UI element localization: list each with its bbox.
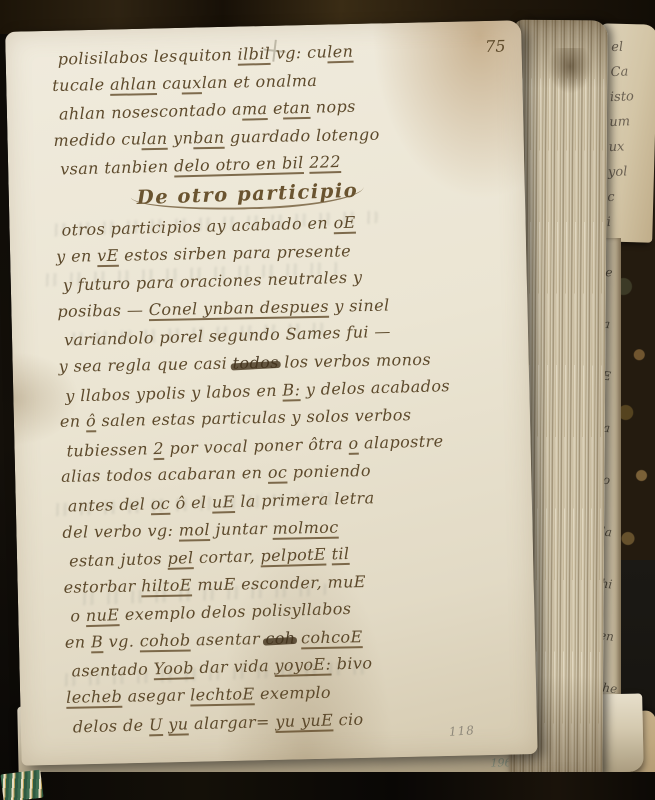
underlined-word: ahlan — [110, 74, 157, 94]
underlined-word: lan — [141, 129, 168, 148]
line-text: nops — [310, 97, 356, 117]
fragment-text: c — [607, 183, 654, 210]
line-text: exemplo — [254, 683, 331, 703]
line-text: polisilabos lesquiton — [57, 45, 237, 69]
line-text: ahlan nosescontado a — [59, 100, 243, 124]
line-text: antes del — [68, 494, 151, 515]
line-text: y llabos ypolis y labos en — [65, 380, 283, 405]
underlined-word: B — [91, 632, 104, 651]
folio-number-pencil: 118 — [449, 723, 476, 739]
underlined-word: Yoob — [153, 659, 194, 679]
line-text: e — [267, 99, 283, 118]
woven-ribbon-bookmark — [0, 770, 43, 800]
underlined-word: pel — [167, 548, 194, 568]
underlined-word: ô — [86, 411, 96, 430]
line-text: cio — [333, 709, 364, 729]
line-text: ô el — [170, 493, 212, 513]
underlined-word: vE — [97, 245, 119, 264]
line-text: vg. — [103, 631, 140, 651]
line-text: tubiessen — [66, 439, 153, 460]
line-text: y sea regla que casi — [59, 354, 233, 376]
line-text: y delos acabados — [300, 376, 450, 399]
underlined-word: len — [327, 42, 354, 62]
line-text: muE esconder, muE — [192, 572, 366, 594]
line-text: guardado lotengo — [224, 125, 380, 147]
fragment-text: i — [606, 208, 653, 235]
line-text: vsan tanbien — [60, 157, 174, 179]
underlined-word: cohob — [140, 630, 191, 650]
line-text: asentar — [190, 629, 265, 649]
fragment-text: ux — [608, 133, 655, 160]
line-text: y sinel — [329, 295, 390, 315]
line-text: en — [60, 412, 86, 431]
line-text: juntar — [210, 518, 273, 538]
underlined-word: mol — [179, 520, 210, 540]
underlined-word: ma — [242, 99, 268, 119]
line-text: bivo — [331, 654, 373, 674]
underlined-word: o — [348, 433, 359, 452]
underlined-word: ilbil — [237, 44, 270, 64]
line-text: ca — [157, 73, 182, 92]
line-text: poniendo — [287, 461, 371, 482]
underlined-word: yoyoE: — [274, 655, 331, 676]
fragment-text: um — [609, 108, 655, 135]
underlined-word: lechtoE — [190, 684, 255, 704]
line-text: estan jutos — [69, 549, 168, 571]
line-text: del verbo vg: — [62, 520, 179, 541]
line-text: medido cu — [53, 129, 141, 150]
line-text: posibas — — [57, 300, 149, 321]
line-text: dar vida — [194, 656, 275, 677]
line-text: alapostre — [358, 431, 443, 452]
underlined-word: til — [331, 544, 349, 563]
book-binding-bottom-edge — [0, 772, 655, 800]
underlined-word: oE — [333, 213, 356, 233]
underlined-word: tan — [283, 98, 311, 118]
line-text: los verbos monos — [279, 350, 432, 372]
fore-edge-stain — [548, 48, 592, 94]
underlined-word: U — [149, 715, 163, 734]
underlined-word: oc — [150, 494, 170, 514]
line-text: o — [70, 606, 86, 625]
fragment-text: el — [611, 33, 655, 60]
line-text: asentado — [71, 660, 154, 681]
underlined-word: 222 — [309, 152, 341, 172]
lines-body: otros participios ay acabado en oEy en v… — [55, 209, 523, 743]
line-text: estorbar — [64, 576, 142, 596]
line-text: alargar= — [188, 712, 275, 733]
underlined-word: oc — [268, 463, 288, 482]
line-text: cortar, — [193, 546, 260, 567]
underlined-word: uE — [212, 492, 235, 512]
underlined-word: yu — [168, 714, 189, 734]
line-text: por vocal poner ôtra — [164, 434, 349, 458]
underlined-word: cohcoE — [301, 627, 363, 647]
line-text: vg: cu — [270, 42, 327, 63]
fragment-text: Ca — [610, 58, 655, 85]
manuscript-text-block: polisilabos lesquiton ilbil vg: culentuc… — [5, 30, 537, 745]
line-text: asegar — [122, 686, 190, 706]
underlined-word: Conel ynban despues — [149, 296, 329, 318]
underlined-word: B: — [282, 380, 300, 399]
line-text: tucale — [52, 74, 110, 94]
underlined-word: ban — [193, 127, 225, 147]
underlined-word: pelpotE — [260, 545, 326, 566]
line-text: lan et onalma — [202, 71, 318, 92]
line-text: y en — [56, 246, 97, 266]
underlined-word: hiltoE — [141, 575, 192, 595]
underlined-word: lecheb — [66, 687, 122, 707]
underlined-word: ux — [181, 73, 202, 92]
struck-word: coh — [265, 628, 295, 648]
lines-top: polisilabos lesquiton ilbil vg: culentuc… — [51, 38, 510, 186]
line-text: la primera letra — [235, 488, 375, 511]
fragment-text: isto — [609, 83, 655, 110]
underlined-word: yu yuE — [275, 710, 333, 731]
fragment-text: yol — [607, 158, 654, 185]
line-text: alias todos acabaran en — [61, 463, 268, 486]
underlined-word: molmoc — [272, 517, 338, 537]
struck-word: todos — [232, 353, 279, 373]
line-text: en — [65, 632, 91, 651]
manuscript-page: 75 polisilabos lesquiton ilbil vg: culen… — [5, 20, 538, 766]
underlined-word: delo otro en bil — [174, 153, 304, 176]
line-text: yn — [167, 128, 193, 147]
manuscript-photo: el Ca isto um ux yol c i te a E a o la h… — [0, 0, 655, 800]
line-text: estos sirben para presente — [119, 241, 352, 264]
line-text: delos de — [73, 715, 150, 736]
underlined-word: nuE — [86, 605, 120, 625]
